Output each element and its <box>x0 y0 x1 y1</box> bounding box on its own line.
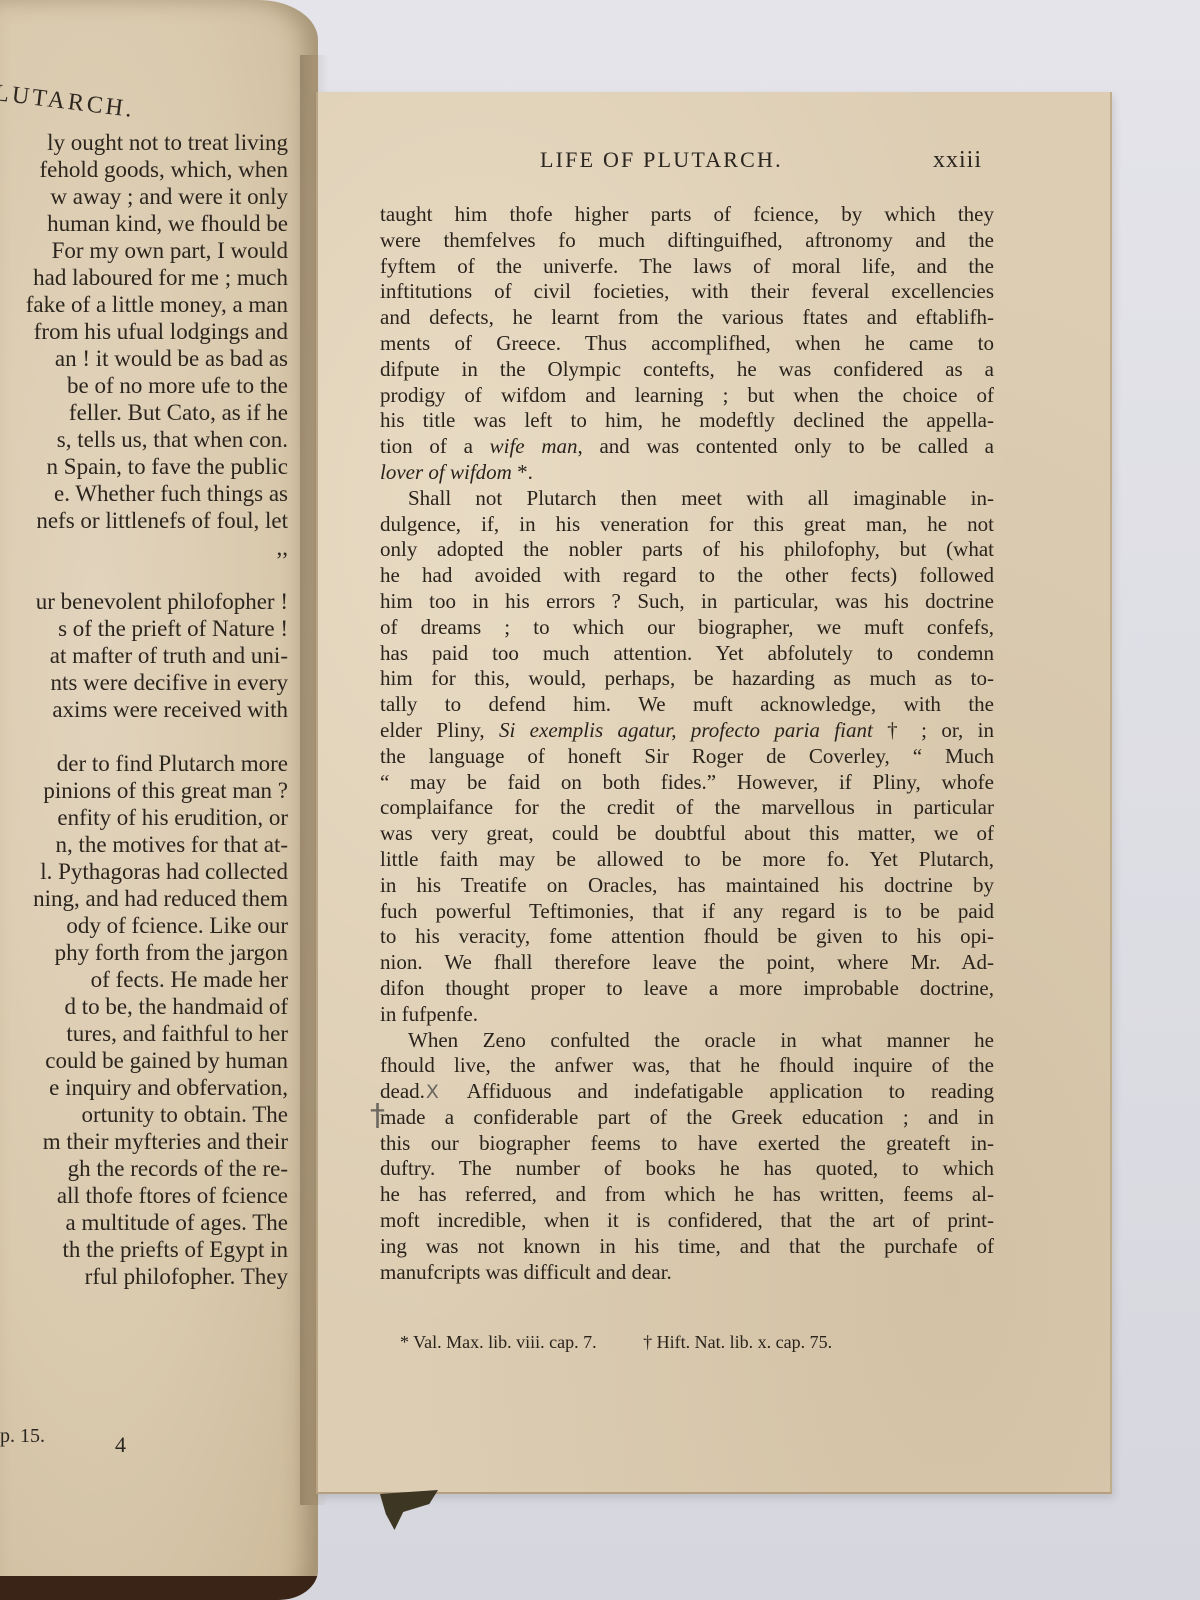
text-line: fyftem of the univerfe. The laws of mora… <box>380 254 994 280</box>
text-line: complaifance for the credit of the marve… <box>380 795 994 821</box>
text-line: fhould live, the anfwer was, that he fho… <box>380 1053 994 1079</box>
left-text-line: ortunity to obtain. The <box>0 1102 300 1129</box>
left-text-line <box>0 562 300 589</box>
text-line: and defects, he learnt from the various … <box>380 305 994 331</box>
left-text-line: gh the records of the re- <box>0 1156 300 1183</box>
footnotes: * Val. Max. lib. viii. cap. 7. † Hift. N… <box>400 1332 832 1353</box>
left-text-line: phy forth from the jargon <box>0 940 300 967</box>
left-page: LUTARCH. ly ought not to treat livingfeh… <box>0 0 318 1600</box>
text-line: this our biographer feems to have exerte… <box>380 1131 994 1157</box>
text-line: Shall not Plutarch then meet with all im… <box>380 486 994 512</box>
left-footnote-fragment: p. 15. <box>0 1425 45 1448</box>
cover-edge <box>0 1576 318 1600</box>
left-running-head: LUTARCH. <box>0 80 136 124</box>
text-line: difon thought proper to leave a more imp… <box>380 976 994 1002</box>
left-text-line: could be gained by human <box>0 1048 300 1075</box>
left-text-line: nefs or littlenefs of foul, let <box>0 508 300 535</box>
left-text-line: m their myfteries and their <box>0 1129 300 1156</box>
text-line: inftitutions of civil focieties, with th… <box>380 279 994 305</box>
text-line: moft incredible, when it is confidered, … <box>380 1208 994 1234</box>
left-text-line: of fects. He made her <box>0 967 300 994</box>
text-line: duftry. The number of books he has quote… <box>380 1156 994 1182</box>
text-line: tion of a wife man, and was contented on… <box>380 434 994 460</box>
text-line: ing was not known in his time, and that … <box>380 1234 994 1260</box>
text-line: tally to defend him. We muft acknowledge… <box>380 692 994 718</box>
left-text-line: be of no more ufe to the <box>0 373 300 400</box>
text-line: difpute in the Olympic contefts, he was … <box>380 357 994 383</box>
footnote-1: * Val. Max. lib. viii. cap. 7. <box>400 1332 597 1352</box>
left-text-line: all thofe ftores of fcience <box>0 1183 300 1210</box>
left-text-line: had laboured for me ; much <box>0 265 300 292</box>
italic-phrase: wife man <box>490 434 578 458</box>
left-text-line: enfity of his erudition, or <box>0 805 300 832</box>
text-line: “ may be faid on both fides.” However, i… <box>380 770 994 796</box>
signature-mark: 4 <box>115 1432 126 1458</box>
text-line: he had avoided with regard to the other … <box>380 563 994 589</box>
left-page-text: ly ought not to treat livingfehold goods… <box>0 130 300 1291</box>
text-line: fuch powerful Teftimonies, that if any r… <box>380 899 994 925</box>
left-text-line: pinions of this great man ? <box>0 778 300 805</box>
pencil-x-mark: X <box>426 1080 439 1106</box>
text-line: dead.X Affiduous and indefatigable appli… <box>380 1079 994 1105</box>
text-line: ments of Greece. Thus accomplifhed, when… <box>380 331 994 357</box>
text-line: him too in his errors ? Such, in particu… <box>380 589 994 615</box>
text-line: his title was left to him, he modeftly d… <box>380 408 994 434</box>
footnote-2: † Hift. Nat. lib. x. cap. 75. <box>643 1332 832 1352</box>
left-text-line: For my own part, I would <box>0 238 300 265</box>
italic-phrase: Si exemplis agatur, profecto paria fiant <box>499 718 873 742</box>
left-text-line: tures, and faithful to her <box>0 1021 300 1048</box>
text-line: nion. We fhall therefore leave the point… <box>380 950 994 976</box>
right-page: LIFE OF PLUTARCH. xxiii † taught him tho… <box>316 92 1112 1494</box>
left-text-line: from his ufual lodgings and <box>0 319 300 346</box>
left-text-line: d to be, the handmaid of <box>0 994 300 1021</box>
text-line: prodigy of wifdom and learning ; but whe… <box>380 383 994 409</box>
text-line: taught him thofe higher parts of fcience… <box>380 202 994 228</box>
left-text-line: axims were received with <box>0 697 300 724</box>
text-line: in fufpenfe. <box>380 1002 994 1028</box>
left-text-line: ly ought not to treat living <box>0 130 300 157</box>
left-text-line: fake of a little money, a man <box>0 292 300 319</box>
text-line: only adopted the nobler parts of his phi… <box>380 537 994 563</box>
text-line: in his Treatife on Oracles, has maintain… <box>380 873 994 899</box>
text-line: him for this, would, perhaps, be hazardi… <box>380 666 994 692</box>
text-line: When Zeno confulted the oracle in what m… <box>380 1028 994 1054</box>
left-text-line: w away ; and were it only <box>0 184 300 211</box>
left-text-line: fehold goods, which, when <box>0 157 300 184</box>
text-line: lover of wifdom *. <box>380 460 994 486</box>
left-text-line: nts were decifive in every <box>0 670 300 697</box>
left-text-line: human kind, we fhould be <box>0 211 300 238</box>
text-line: elder Pliny, Si exemplis agatur, profect… <box>380 718 994 744</box>
text-line: the language of honeft Sir Roger de Cove… <box>380 744 994 770</box>
text-line: has paid too much attention. Yet abfolut… <box>380 641 994 667</box>
left-text-line: rful philofopher. They <box>0 1264 300 1291</box>
left-text-line: e inquiry and obfervation, <box>0 1075 300 1102</box>
text-line: little faith may be allowed to be more f… <box>380 847 994 873</box>
left-text-line: an ! it would be as bad as <box>0 346 300 373</box>
left-text-line: ody of fcience. Like our <box>0 913 300 940</box>
page-number: xxiii <box>933 147 982 174</box>
text-line: was very great, could be doubtful about … <box>380 821 994 847</box>
text-line: made a confiderable part of the Greek ed… <box>380 1105 994 1131</box>
text-line: to his veracity, fome attention fhould b… <box>380 924 994 950</box>
left-text-line: th the priefts of Egypt in <box>0 1237 300 1264</box>
left-text-line: s, tells us, that when con. <box>0 427 300 454</box>
left-text-line: e. Whether fuch things as <box>0 481 300 508</box>
left-text-line: l. Pythagoras had collected <box>0 859 300 886</box>
italic-phrase: lover of wifdom <box>380 460 512 484</box>
left-text-line: feller. But Cato, as if he <box>0 400 300 427</box>
left-text-line: der to find Plutarch more <box>0 751 300 778</box>
left-text-line: ning, and had reduced them <box>0 886 300 913</box>
left-text-line: s of the prieft of Nature ! <box>0 616 300 643</box>
left-text-line: ,, <box>0 535 300 562</box>
text-line: dulgence, if, in his veneration for this… <box>380 512 994 538</box>
text-line: were themfelves fo much diftinguifhed, a… <box>380 228 994 254</box>
text-line: of dreams ; to which our biographer, we … <box>380 615 994 641</box>
left-text-line: ur benevolent philofopher ! <box>0 589 300 616</box>
left-text-line: at mafter of truth and uni- <box>0 643 300 670</box>
text-line: manufcripts was difficult and dear. <box>380 1260 994 1286</box>
torn-endband <box>380 1490 438 1530</box>
left-text-line: a multitude of ages. The <box>0 1210 300 1237</box>
left-text-line: n Spain, to fave the public <box>0 454 300 481</box>
text-line: he has referred, and from which he has w… <box>380 1182 994 1208</box>
left-text-line <box>0 724 300 751</box>
running-title: LIFE OF PLUTARCH. <box>540 147 783 173</box>
left-text-line: n, the motives for that at- <box>0 832 300 859</box>
body-text: taught him thofe higher parts of fcience… <box>380 202 994 1285</box>
